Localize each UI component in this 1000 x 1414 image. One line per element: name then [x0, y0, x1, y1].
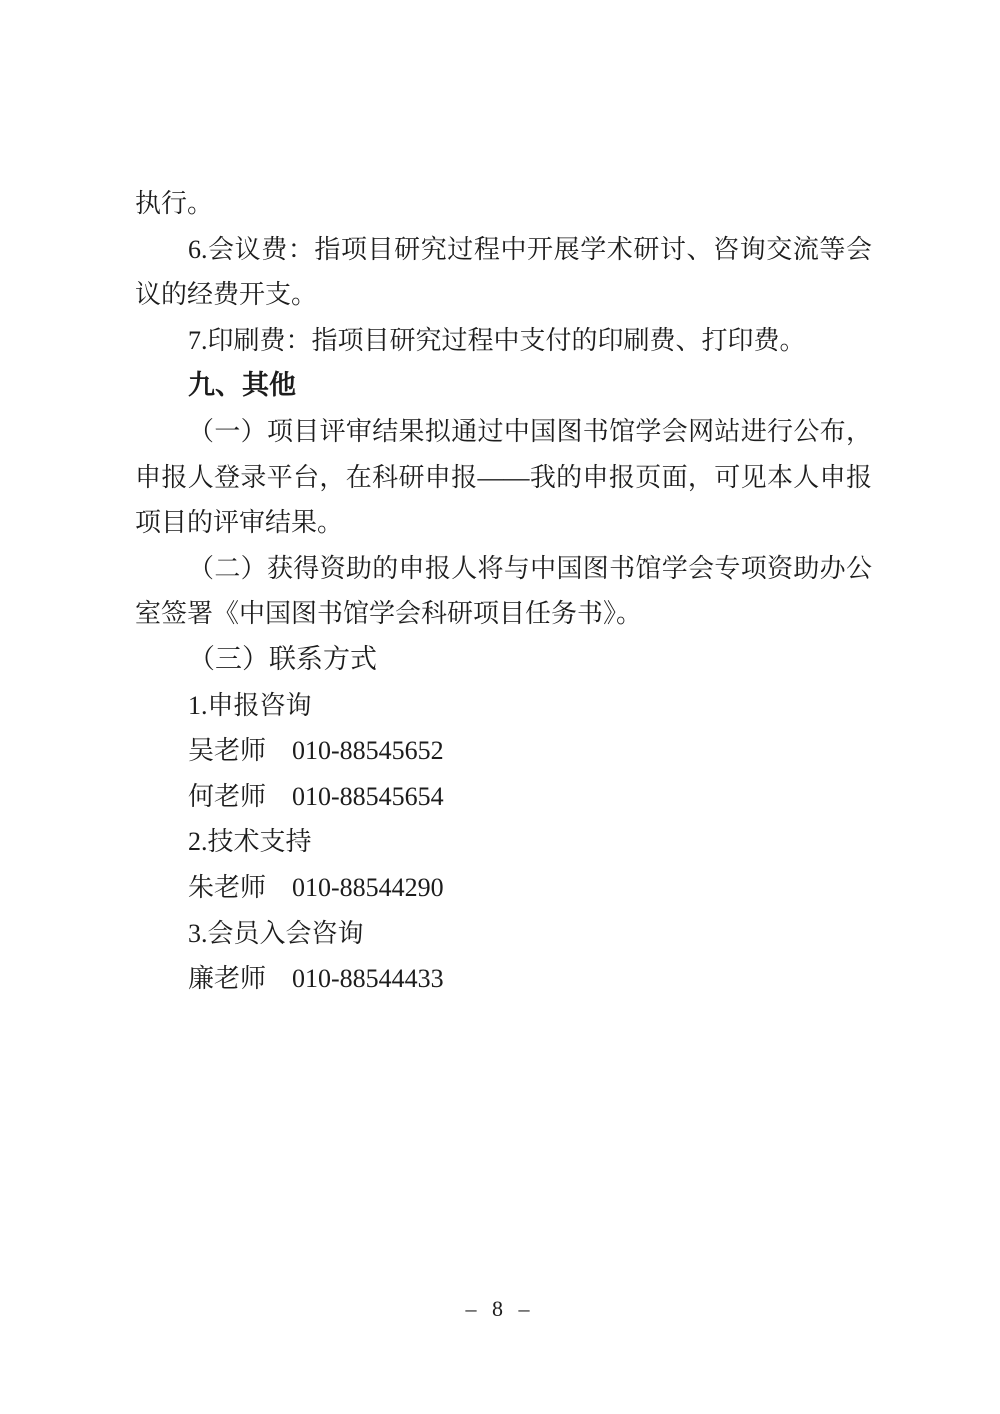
paragraph-line-continuation: 申报人登录平台，在科研申报——我的申报页面，可见本人申报 [135, 455, 872, 501]
paragraph-line-continuation: 室签署《中国图书馆学会科研项目任务书》。 [135, 591, 872, 637]
paragraph-line-item-6-meeting-fee: 6.会议费：指项目研究过程中开展学术研讨、咨询交流等会 [135, 227, 872, 273]
contact-line-teacher-he-phone: 何老师 010-88545654 [135, 774, 872, 820]
subsection-heading-contact-info: （三）联系方式 [135, 637, 872, 683]
contact-category-application-consulting: 1.申报咨询 [135, 683, 872, 729]
paragraph-line-continuation: 议的经费开支。 [135, 272, 872, 318]
document-page: 执行。 6.会议费：指项目研究过程中开展学术研讨、咨询交流等会 议的经费开支。 … [0, 0, 1000, 1414]
document-body: 执行。 6.会议费：指项目研究过程中开展学术研讨、咨询交流等会 议的经费开支。 … [135, 181, 872, 1002]
page-footer: – 8 – [0, 1294, 1000, 1324]
paragraph-line-subsection-1: （一）项目评审结果拟通过中国图书馆学会网站进行公布， [135, 409, 872, 455]
page-number: – 8 – [466, 1296, 535, 1321]
paragraph-line-continuation: 项目的评审结果。 [135, 500, 872, 546]
contact-line-teacher-zhu-phone: 朱老师 010-88544290 [135, 865, 872, 911]
section-heading-nine-others: 九、其他 [135, 363, 872, 409]
contact-category-membership-consulting: 3.会员入会咨询 [135, 911, 872, 957]
contact-line-teacher-wu-phone: 吴老师 010-88545652 [135, 728, 872, 774]
paragraph-line-continuation: 执行。 [135, 181, 872, 227]
contact-line-teacher-lian-phone: 廉老师 010-88544433 [135, 956, 872, 1002]
paragraph-line-item-7-printing-fee: 7.印刷费：指项目研究过程中支付的印刷费、打印费。 [135, 318, 872, 364]
paragraph-line-subsection-2: （二）获得资助的申报人将与中国图书馆学会专项资助办公 [135, 546, 872, 592]
contact-category-technical-support: 2.技术支持 [135, 819, 872, 865]
